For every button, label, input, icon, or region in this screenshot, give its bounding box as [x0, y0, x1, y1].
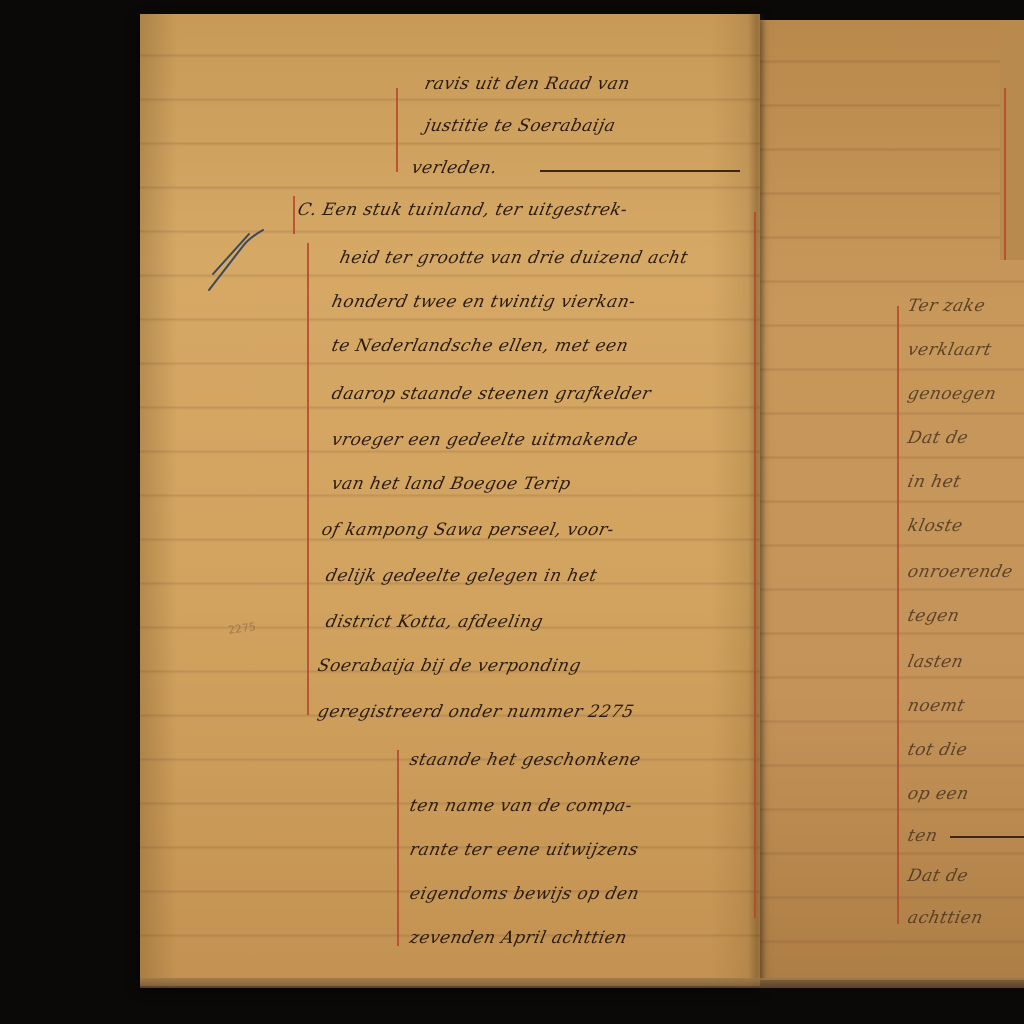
- top-block-margin-rule: [396, 88, 398, 172]
- double-slash-margin-mark: [205, 222, 265, 294]
- handwritten-line: noemt: [906, 696, 967, 716]
- handwritten-line: C. Een stuk tuinland, ter uitgestrek-: [296, 200, 629, 220]
- handwritten-line: in het: [906, 472, 963, 492]
- handwritten-line: district Kotta, afdeeling: [324, 612, 545, 632]
- handwritten-line: rante ter eene uitwijzens: [408, 840, 640, 860]
- handwritten-line: heid ter grootte van drie duizend acht: [338, 248, 690, 268]
- handwritten-line: Ter zake: [906, 296, 987, 316]
- handwritten-line: Soerabaija bij de verponding: [316, 656, 583, 676]
- handwritten-line: verleden.: [410, 158, 499, 178]
- handwritten-line: Dat de: [906, 428, 970, 448]
- handwritten-line: verklaart: [906, 340, 994, 360]
- handwritten-line: tot die: [906, 740, 969, 760]
- handwritten-line: zevenden April achttien: [408, 928, 629, 948]
- handwritten-line: ten: [906, 826, 940, 846]
- handwritten-line: ravis uit den Raad van: [423, 74, 632, 94]
- right-page-margin-rule: [897, 306, 899, 924]
- page-bottom-edge: [140, 978, 1024, 988]
- page-fold: [748, 14, 766, 986]
- handwritten-line: daarop staande steenen grafkelder: [330, 384, 653, 404]
- handwritten-line: van het land Boegoe Terip: [330, 474, 573, 494]
- handwritten-line: staande het geschonkene: [408, 750, 643, 770]
- right-strip-margin-rule: [1004, 88, 1006, 260]
- handwritten-line: onroerende: [906, 562, 1015, 582]
- handwritten-line: delijk gedeelte gelegen in het: [324, 566, 599, 586]
- handwritten-line: lasten: [906, 652, 965, 672]
- handwritten-line: genoegen: [906, 384, 998, 404]
- handwritten-line: te Nederlandsche ellen, met een: [330, 336, 630, 356]
- closing-line-stroke: [950, 836, 1024, 838]
- handwritten-line: tegen: [906, 606, 962, 626]
- handwritten-line: achttien: [906, 908, 985, 928]
- closing-line-stroke: [540, 170, 740, 172]
- handwritten-line: geregistreerd onder nummer 2275: [316, 702, 636, 722]
- item-c-margin-rule: [293, 196, 295, 234]
- handwritten-line: ten name van de compa-: [408, 796, 634, 816]
- right-margin-rule: [754, 212, 756, 918]
- handwritten-line: vroeger een gedeelte uitmakende: [330, 430, 640, 450]
- handwritten-line: honderd twee en twintig vierkan-: [330, 292, 638, 312]
- handwritten-line: Dat de: [906, 866, 970, 886]
- handwritten-line: op een: [906, 784, 971, 804]
- sub-block-margin-rule: [397, 750, 399, 946]
- handwritten-line: kloste: [906, 516, 965, 536]
- handwritten-line: justitie te Soerabaija: [423, 116, 618, 136]
- scanned-document-photo: 2275 ravis uit den Raad van justitie te …: [0, 0, 1024, 1024]
- handwritten-line: eigendoms bewijs op den: [408, 884, 641, 904]
- left-margin-rule: [307, 243, 309, 715]
- handwritten-line: of kampong Sawa perseel, voor-: [320, 520, 616, 540]
